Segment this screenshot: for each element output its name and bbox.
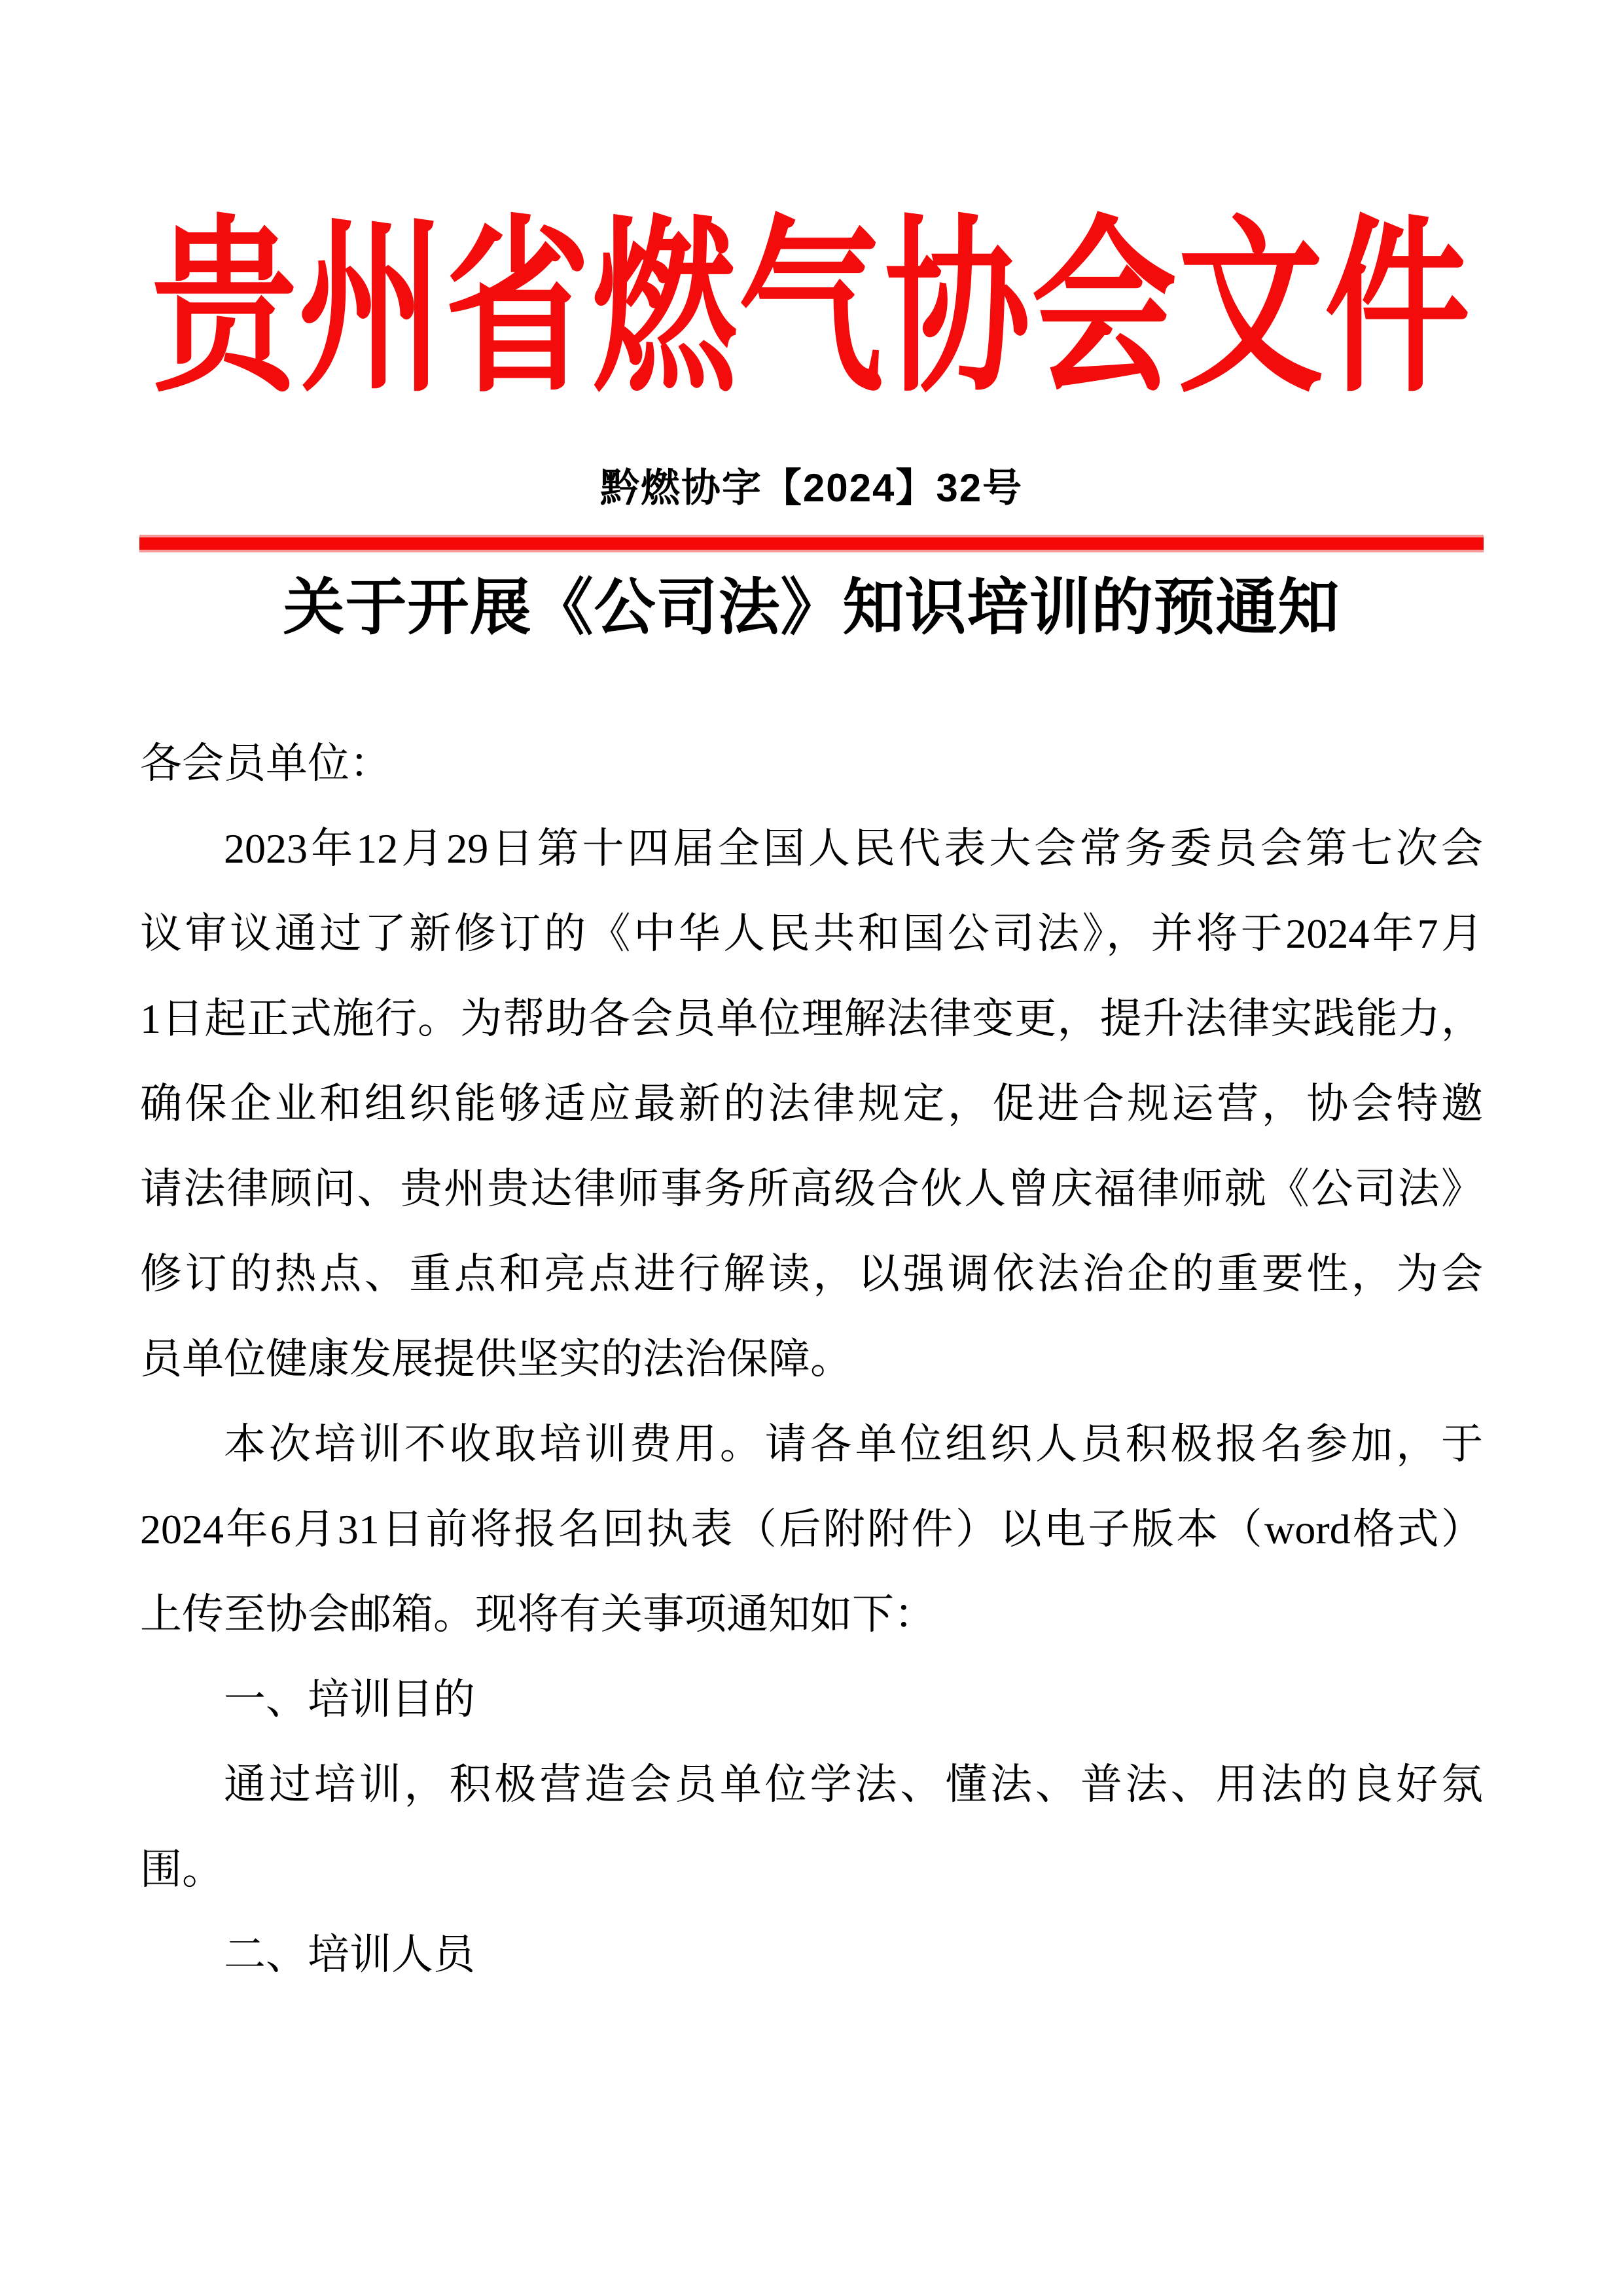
salutation: 各会员单位： [140, 721, 1483, 806]
body-line: 议审议通过了新修订的《中华人民共和国公司法》，并将于2024年7月 [140, 891, 1483, 977]
body-line: 请法律顾问、贵州贵达律师事务所高级合伙人曾庆福律师就《公司法》 [140, 1147, 1483, 1232]
body-line: 1日起正式施行。为帮助各会员单位理解法律变更，提升法律实践能力， [140, 977, 1483, 1062]
section-heading-1: 一、培训目的 [140, 1657, 1483, 1742]
section-heading-2: 二、培训人员 [140, 1912, 1483, 1998]
notice-title: 关于开展《公司法》知识培训的预通知 [0, 573, 1623, 641]
body-line: 围。 [140, 1827, 1483, 1912]
body-line: 员单位健康发展提供坚实的法治保障。 [140, 1317, 1483, 1402]
page: 贵州省燃气协会文件 黔燃协字【2024】32号 关于开展《公司法》知识培训的预通… [0, 0, 1623, 2296]
letterhead-title: 贵州省燃气协会文件 [0, 216, 1623, 405]
body-line: 修订的热点、重点和亮点进行解读，以强调依法治企的重要性，为会 [140, 1232, 1483, 1317]
body-line: 2024年6月31日前将报名回执表（后附附件）以电子版本（word格式） [140, 1487, 1483, 1572]
red-divider [139, 535, 1484, 552]
body-line: 上传至协会邮箱。现将有关事项通知如下： [140, 1572, 1483, 1657]
body-line: 确保企业和组织能够适应最新的法律规定，促进合规运营，协会特邀 [140, 1062, 1483, 1147]
body-line: 通过培训，积极营造会员单位学法、懂法、普法、用法的良好氛 [140, 1742, 1483, 1827]
body-line: 本次培训不收取培训费用。请各单位组织人员积极报名参加，于 [140, 1402, 1483, 1487]
document-body: 各会员单位： 2023年12月29日第十四届全国人民代表大会常务委员会第七次会 … [140, 721, 1483, 1998]
body-line: 2023年12月29日第十四届全国人民代表大会常务委员会第七次会 [140, 806, 1483, 891]
document-number: 黔燃协字【2024】32号 [0, 469, 1623, 508]
